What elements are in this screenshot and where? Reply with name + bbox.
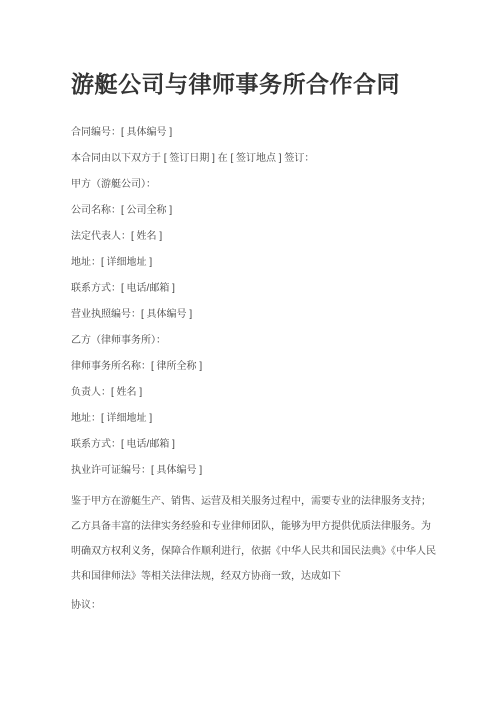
field-line-company-name: 公司名称：[ 公司全称 ] xyxy=(71,203,436,218)
field-line-party-a-address: 地址：[ 详细地址 ] xyxy=(71,255,436,270)
field-line-party-a-contact: 联系方式：[ 电话/邮箱 ] xyxy=(71,281,436,296)
field-line-party-b-address: 地址：[ 详细地址 ] xyxy=(71,411,436,426)
field-line-legal-representative: 法定代表人：[ 姓名 ] xyxy=(71,229,436,244)
document-content: 游艇公司与律师事务所合作合同 合同编号：[ 具体编号 ] 本合同由以下双方于 [… xyxy=(0,0,500,613)
agreement-label: 协议： xyxy=(71,598,436,613)
document-page: 游艇公司与律师事务所合作合同 合同编号：[ 具体编号 ] 本合同由以下双方于 [… xyxy=(0,0,500,707)
field-line-signing-statement: 本合同由以下双方于 [ 签订日期 ] 在 [ 签订地点 ] 签订： xyxy=(71,151,436,166)
document-title: 游艇公司与律师事务所合作合同 xyxy=(71,72,436,97)
field-line-law-firm-name: 律师事务所名称：[ 律所全称 ] xyxy=(71,359,436,374)
field-line-party-a-heading: 甲方（游艇公司）： xyxy=(71,177,436,192)
preamble-paragraph: 鉴于甲方在游艇生产、销售、运营及相关服务过程中，需要专业的法律服务支持；乙方具备… xyxy=(71,489,436,589)
field-line-party-b-contact: 联系方式：[ 电话/邮箱 ] xyxy=(71,437,436,452)
field-line-contract-number: 合同编号：[ 具体编号 ] xyxy=(71,125,436,140)
field-line-person-in-charge: 负责人：[ 姓名 ] xyxy=(71,385,436,400)
field-line-party-b-heading: 乙方（律师事务所）： xyxy=(71,333,436,348)
field-line-practice-license: 执业许可证编号：[ 具体编号 ] xyxy=(71,463,436,478)
field-line-business-license: 营业执照编号：[ 具体编号 ] xyxy=(71,307,436,322)
